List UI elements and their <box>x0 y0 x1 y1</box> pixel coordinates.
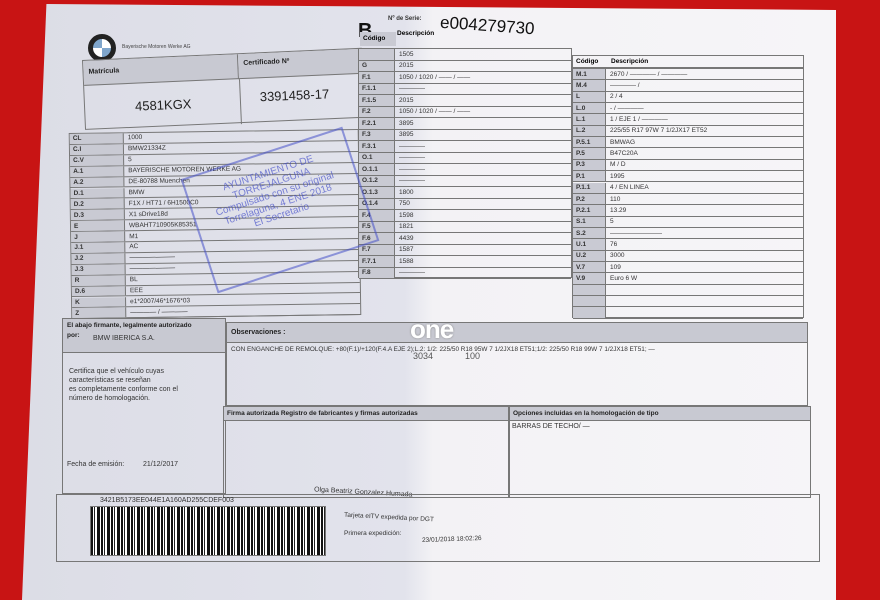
field-code: O.1.1 <box>359 164 395 175</box>
field-value: 2015 <box>395 62 413 69</box>
table-row: F.3.1———— <box>359 141 571 153</box>
table-row: V.9Euro 6 W <box>573 273 803 284</box>
observations-label: Observaciones : <box>231 329 285 336</box>
field-value: BMW21334Z <box>124 145 166 153</box>
table-row: F.2.13895 <box>359 118 571 130</box>
barcode-icon <box>90 506 326 556</box>
table-row: P.1.14 / EN LINEA <box>573 183 803 194</box>
table-row: S.15 <box>573 217 803 228</box>
field-code: M.4 <box>573 80 606 90</box>
field-value: 3895 <box>395 131 413 138</box>
table-row: L.2225/55 R17 97W 7 1/2JX17 ET52 <box>573 126 803 137</box>
mid-desc-header: Descripción <box>397 30 434 37</box>
signer-heading: El abajo firmante, legalmente autorizado <box>67 322 192 329</box>
field-code: L.0 <box>573 103 606 113</box>
table-row: P.2.113.29 <box>573 205 803 216</box>
field-code: P.5 <box>573 148 606 158</box>
table-row: P.11995 <box>573 171 803 182</box>
field-code: D.2 <box>71 199 125 210</box>
field-code: F.1 <box>359 72 395 83</box>
field-value: - / ———— <box>606 105 644 112</box>
field-code: R <box>72 275 126 286</box>
field-code: K <box>72 297 126 308</box>
field-code: F.2.1 <box>359 118 395 129</box>
field-code: V.7 <box>573 262 606 272</box>
field-code: P.1.1 <box>573 183 606 193</box>
right-code-header: Código <box>576 58 598 65</box>
field-value: BMWAG <box>606 139 635 146</box>
handwritten-note: 100 <box>465 351 480 361</box>
table-row: F.33895 <box>359 130 571 142</box>
field-code <box>573 296 606 306</box>
certification-line: es completamente conforme con el <box>69 385 178 394</box>
table-row: 1505 <box>359 49 571 61</box>
field-code: P.5.1 <box>573 137 606 147</box>
field-value: 1821 <box>395 223 413 230</box>
field-value: 1588 <box>395 258 413 265</box>
field-value: M1 <box>125 233 138 240</box>
table-row <box>573 296 803 307</box>
signer-box: El abajo firmante, legalmente autorizado… <box>62 318 226 494</box>
field-value: BL <box>126 276 138 283</box>
serial-label: Nº de Serie: <box>388 16 422 22</box>
matricula-label: Matrícula <box>88 67 119 75</box>
table-row <box>573 307 803 318</box>
barcode-text: 3421B5173EE044E1A160AD255CDEF003 <box>100 497 234 504</box>
field-code: CL <box>70 133 124 144</box>
field-code: A.2 <box>70 177 124 188</box>
handwritten-note: 3034 <box>413 351 433 361</box>
field-value: 225/55 R17 97W 7 1/2JX17 ET52 <box>606 127 707 134</box>
table-row: P.2110 <box>573 194 803 205</box>
field-value: 76 <box>606 241 617 248</box>
field-value: B47C20A <box>606 150 638 157</box>
field-value: 1050 / 1020 / —— / —— <box>395 108 470 115</box>
table-row: F.1.1———— <box>359 84 571 96</box>
field-value: 1995 <box>606 173 624 180</box>
field-value: 1587 <box>395 246 413 253</box>
certification-line: número de homologación. <box>69 394 178 403</box>
table-row: O.1.1———— <box>359 164 571 176</box>
options-box: Opciones incluidas en la homologación de… <box>509 406 811 498</box>
table-row <box>573 285 803 296</box>
field-value: 3000 <box>606 252 624 259</box>
field-value: ———— <box>395 85 425 92</box>
table-row: F.64439 <box>359 233 571 245</box>
table-row: O.1.2———— <box>359 176 571 188</box>
table-row: V.7109 <box>573 262 803 273</box>
field-value: 1505 <box>395 51 413 58</box>
field-code: F.1.5 <box>359 95 395 106</box>
certification-text: Certifica que el vehículo cuyascaracterí… <box>69 367 178 403</box>
field-code: F.8 <box>359 268 395 279</box>
table-row: F.1.52015 <box>359 95 571 107</box>
table-row: P.5B47C20A <box>573 148 803 159</box>
field-code: D.6 <box>72 286 126 297</box>
table-row: F.7.11588 <box>359 256 571 268</box>
field-value: 1000 <box>124 134 143 141</box>
table-row: F.41598 <box>359 210 571 222</box>
field-value: ———— <box>395 166 425 173</box>
right-data-table: M.12670 / ———— / ————M.4———— /L2 / 4L.0-… <box>572 68 804 318</box>
field-value: ———— <box>395 177 425 184</box>
table-row: O.1.31800 <box>359 187 571 199</box>
signer-company: BMW IBERICA S.A. <box>93 335 155 342</box>
field-code: F.1.1 <box>359 84 395 95</box>
signature-label: Firma autorizada Registro de fabricantes… <box>227 410 418 417</box>
field-code: G <box>359 61 395 72</box>
field-value: ———— <box>395 269 425 276</box>
field-code: D.3 <box>71 210 125 221</box>
table-row: G2015 <box>359 61 571 73</box>
field-value: 4 / EN LINEA <box>606 184 649 191</box>
right-desc-header: Descripción <box>611 58 648 65</box>
table-row: P.5.1BMWAG <box>573 137 803 148</box>
field-value: BMW <box>125 189 145 196</box>
field-code: Z <box>72 308 126 319</box>
fecha-label: Fecha de emisión: <box>67 461 124 468</box>
field-value: 4439 <box>395 235 413 242</box>
mid-code-header: Código <box>360 32 396 46</box>
table-row: O.1———— <box>359 153 571 165</box>
field-code: C.I <box>70 144 124 155</box>
maker-line: Bayerische Motoren Werke AG <box>122 44 191 50</box>
field-code: U.2 <box>573 251 606 261</box>
observations-box: Observaciones : CON ENGANCHE DE REMOLQUE… <box>226 322 808 406</box>
field-value: 2670 / ———— / ———— <box>606 71 687 78</box>
field-code: P.2.1 <box>573 205 606 215</box>
field-code <box>573 285 606 295</box>
authorized-signature-box: Firma autorizada Registro de fabricantes… <box>223 406 509 498</box>
table-row: L.0- / ———— <box>573 103 803 114</box>
field-value: 109 <box>606 264 621 271</box>
certificado-value: 3391458-17 <box>259 86 329 104</box>
field-code: F.7.1 <box>359 256 395 267</box>
field-code: F.3.1 <box>359 141 395 152</box>
table-row: F.11050 / 1020 / —— / —— <box>359 72 571 84</box>
field-code: P.1 <box>573 171 606 181</box>
field-value: 750 <box>395 200 410 207</box>
field-code: L.2 <box>573 126 606 136</box>
table-row: F.51821 <box>359 222 571 234</box>
field-value: ——————— <box>126 265 176 273</box>
certification-line: características se reseñan <box>69 376 178 385</box>
field-value: X1 sDrive18d <box>125 210 168 218</box>
field-value: ———————— <box>606 230 662 237</box>
fecha-value: 21/12/2017 <box>143 461 178 468</box>
field-value: ———— <box>395 143 425 150</box>
watermark-logo: one <box>410 314 453 345</box>
field-code <box>573 307 606 317</box>
table-row: F.21050 / 1020 / —— / —— <box>359 107 571 119</box>
observations-text: CON ENGANCHE DE REMOLQUE: +80(F.1)/+120(… <box>231 346 655 353</box>
table-row: S.2———————— <box>573 228 803 239</box>
por-label: por: <box>67 332 80 339</box>
options-label: Opciones incluidas en la homologación de… <box>513 410 659 417</box>
field-code: F.2 <box>359 107 395 118</box>
field-value: 5 <box>606 218 614 225</box>
field-code: M.1 <box>573 69 606 79</box>
table-row: M.4———— / <box>573 80 803 91</box>
field-value: 5 <box>124 156 132 163</box>
field-value: 110 <box>606 196 620 203</box>
field-value: e1*2007/46*1676*03 <box>126 297 190 305</box>
field-value: 1050 / 1020 / —— / —— <box>395 74 470 81</box>
table-row: F.8———— <box>359 268 571 280</box>
primera-label: Primera expedición: <box>344 530 401 537</box>
field-code: S.2 <box>573 228 606 238</box>
table-row: F.71587 <box>359 245 571 257</box>
field-code: J.1 <box>71 242 125 253</box>
table-row: O.1.4750 <box>359 199 571 211</box>
certification-line: Certifica que el vehículo cuyas <box>69 367 178 376</box>
field-value: 2 / 4 <box>606 93 623 100</box>
table-row: P.3M / D <box>573 160 803 171</box>
field-code: A.1 <box>70 166 124 177</box>
table-row: L.11 / EJE 1 / ———— <box>573 114 803 125</box>
field-code: S.1 <box>573 217 606 227</box>
field-code: U.1 <box>573 239 606 249</box>
right-header: Código Descripción <box>572 55 804 68</box>
field-code: L.1 <box>573 114 606 124</box>
field-value: 1800 <box>395 189 413 196</box>
field-code: O.1.2 <box>359 176 395 187</box>
field-code: J.3 <box>72 264 126 275</box>
field-code: P.2 <box>573 194 606 204</box>
field-value: Euro 6 W <box>606 275 637 282</box>
field-value: ———— / ———— <box>126 308 188 316</box>
field-value: ——————— <box>125 254 175 262</box>
field-code: F.7 <box>359 245 395 256</box>
field-code: P.3 <box>573 160 606 170</box>
field-code: O.1 <box>359 153 395 164</box>
field-code: L <box>573 92 606 102</box>
registration-box: Matrícula Certificado Nº 4581KGX 3391458… <box>82 48 365 130</box>
field-value: ———— / <box>606 82 640 89</box>
field-value: 13.29 <box>606 207 626 214</box>
field-value: EEE <box>126 287 143 294</box>
field-value: 2015 <box>395 97 413 104</box>
field-code: J.2 <box>71 253 125 264</box>
field-code: E <box>71 220 125 231</box>
options-value: BARRAS DE TECHO/ — <box>512 423 590 430</box>
field-code: V.9 <box>573 273 606 283</box>
field-code: J <box>71 231 125 242</box>
field-value: WBAHT710905K85351 <box>125 221 197 229</box>
table-row: U.23000 <box>573 251 803 262</box>
field-code: D.1 <box>70 188 124 199</box>
field-code: F.3 <box>359 130 395 141</box>
field-value: 1 / EJE 1 / ———— <box>606 116 668 123</box>
table-row: M.12670 / ———— / ———— <box>573 69 803 80</box>
field-value: ———— <box>395 154 425 161</box>
field-value: AC <box>125 244 138 251</box>
field-code: C.V <box>70 155 124 166</box>
field-value: M / D <box>606 161 626 168</box>
field-value: 3895 <box>395 120 413 127</box>
field-code <box>359 49 395 60</box>
field-value: 1598 <box>395 212 413 219</box>
table-row: L2 / 4 <box>573 92 803 103</box>
matricula-value: 4581KGX <box>135 96 192 113</box>
mid-data-table: 1505G2015F.11050 / 1020 / —— / ——F.1.1——… <box>358 48 572 278</box>
table-row: U.176 <box>573 239 803 250</box>
